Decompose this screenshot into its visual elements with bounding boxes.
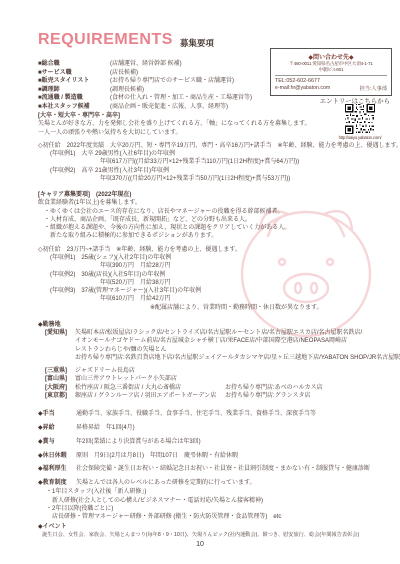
position-row: ■総合職 (店舗運営、経営幹部 候補) — [38, 60, 252, 69]
workplace-region: [東京都] 銀座店 / グランルーフ店 / 羽田エアポートガーデン店 お持ち帰り… — [38, 392, 390, 400]
region-label: [三重県] — [38, 367, 75, 375]
example-line1: 大卒 29歳男性(入社6年目)の年収例 — [81, 150, 175, 158]
events-label: ◆イベント — [38, 523, 390, 531]
position-name: ■本社スタッフ候補 — [38, 103, 110, 112]
position-name: ■流通職 / 製造職 — [38, 94, 110, 103]
training-line: ・2年目以降(役職ごとに) — [46, 505, 390, 513]
example-label: (年収例3) — [50, 287, 75, 295]
position-list: ■総合職 (店舗運営、経営幹部 候補) ■サービス職 (店長候補) ■販売スタイ… — [38, 60, 252, 111]
career-bullet: ・人材育成、商品企画、「既存成長、新規開拓」など、どの分野も出来る人。 — [38, 216, 390, 224]
career-header: [キャリア募集要項] (2022年現在) — [38, 191, 390, 199]
benefit-row-raise: ◆昇給 昇格昇給 年1回(4月) — [38, 424, 390, 432]
position-name: ■総合職 — [38, 60, 110, 69]
page-title: REQUIREMENTS — [38, 32, 173, 48]
workplace-region: [大阪府] 松竹座店 / 阪急三番街店 / 大丸心斎橋店 お持ち帰り専門店:あべ… — [38, 384, 390, 392]
main-content: [大卒・短大卒・専門卒・高卒] 矢場とんが好きな方、力を発揮し会社を盛り上げてく… — [38, 112, 390, 539]
page-subtitle: 募集要項 — [180, 38, 214, 48]
salary-example: (年収例2) 高卒 21歳男性(入社3年目)年収例 — [38, 167, 390, 175]
region-label: [愛知県] — [38, 329, 75, 362]
contact-address-line2: 中劇ビル601 — [275, 67, 387, 73]
region-label: [東京都] — [38, 392, 75, 400]
position-desc: (食材の仕入れ・管理・加工・商品生産・工場運営等) — [110, 94, 252, 103]
example-line1: 25歳(シェフ)(入社2年目)の年収例 — [81, 254, 171, 262]
new-grad-intro2: 一人一人の頑張りや熱い気持ちを大切にしています。 — [38, 129, 390, 137]
example-label: (年収例2) — [50, 167, 75, 175]
example-line2: 年収370万((月給20万円×12+残業手当50万円(1日2H程度)+賞与53万… — [38, 175, 390, 183]
contact-header: ◆問い合わせ先◆ — [275, 52, 387, 61]
example-line2: 年収610万円 月給42万円 — [38, 295, 390, 303]
region-label: [大阪府] — [38, 384, 75, 392]
store-line: お持ち帰り専門店:名鉄百貨店地下店/名古屋駅ジェイアールタカシマヤ店/星ヶ丘三越… — [75, 354, 400, 362]
page-number: 10 — [0, 541, 400, 548]
store-line: 矢場町本店/松坂屋店/ラシック店/セントライズ店/名古屋駅ルーセント店/名古屋駅… — [75, 329, 400, 337]
store-line: ジャズドリーム長島店 — [75, 367, 225, 375]
workplace-region: [三重県] ジャズドリーム長島店 — [38, 367, 390, 375]
benefit-label: ◆手当 — [38, 410, 76, 418]
position-desc: (調理長候補) — [110, 86, 144, 95]
benefit-label: ◆昇給 — [38, 424, 76, 432]
position-row: ■サービス職 (店長候補) — [38, 69, 252, 78]
takeout-note: お持ち帰り専門店:あべのハルカス店 — [225, 384, 323, 392]
career-salary: ◇初任給 23万円~+諸手当 ※年齢、経験、能力を考慮の上、優遇します。 — [38, 246, 390, 254]
example-line2: 年収617万円((月給33万円×12+残業手当110万円(1日2H程度)+賞与6… — [38, 158, 390, 166]
career-intro: 飲食業経験者(1年以上)を募集します。 — [38, 199, 390, 207]
new-grad-salary: ◇初任給 2022年度実績 大卒20万円、短・専門卒19万円、専門・高卒16万円… — [38, 142, 390, 150]
example-line2: 年収390万円 月給28万円 — [38, 262, 390, 270]
position-row: ■調理師 (調理長候補) — [38, 86, 252, 95]
benefit-text: 昇格昇給 年1回(4月) — [76, 424, 135, 432]
benefit-label: ◆休日休暇 — [38, 452, 76, 460]
page-header: REQUIREMENTS 募集要項 — [38, 32, 214, 48]
store-line: 富山三井アウトレットパーク小矢部店 — [75, 375, 225, 383]
workplace-header: ◆勤務地 — [38, 321, 390, 329]
example-line2: 年収520万円 月給38万円 — [38, 279, 390, 287]
example-line1: 高卒 21歳男性(入社3年目)年収例 — [81, 167, 169, 175]
training-line: 店長研修・管理マネージャー研修・外部研修 (衛生・防火防災管理・食品管理等) e… — [46, 513, 390, 521]
example-label: (年収例1) — [50, 254, 75, 262]
benefit-row-allowance: ◆手当 通勤手当、家族手当、役職手当、食事手当、住宅手当、残業手当、資格手当、深… — [38, 410, 390, 418]
position-row: ■本社スタッフ候補 (商品企画・販売促進・広報、人事、経理等) — [38, 103, 252, 112]
training-line: ・1年目スタッフ(入社後「新人研修」) — [46, 488, 390, 496]
career-bullet: ・ゆくゆくは会社のエース的存在になり、店長やマネージャーの役職を得る幹部候補者。 — [38, 208, 390, 216]
store-line: 銀座店 / グランルーフ店 / 羽田エアポートガーデン店 — [75, 392, 225, 400]
region-label: [富山県] — [38, 375, 75, 383]
position-row: ■販売スタイリスト (お持ち帰り専門店でのサービス職・店舗運営) — [38, 77, 252, 86]
position-desc: (お持ち帰り専門店でのサービス職・店舗運営) — [110, 77, 234, 86]
store-line: イオンモールナゴヤドーム前店/名古屋城金シャチ横丁店/栄FACE店/中部国際空港… — [75, 337, 400, 345]
section-benefits: ◆手当 通勤手当、家族手当、役職手当、食事手当、住宅手当、残業手当、資格手当、深… — [38, 410, 390, 473]
contact-email: e-mail:hr@yabaton.com — [275, 85, 330, 92]
workplace-region: [富山県] 富山三井アウトレットパーク小矢部店 — [38, 375, 390, 383]
benefit-row-welfare: ◆福利厚生 社会保険完備・誕生日お祝い・結婚記念日お祝い・社員寮・社員割引制度・… — [38, 465, 390, 473]
section-events: ◆イベント 誕生日会、女性会、家族会、矢場とんまつり(毎年8・9・10日)、矢場… — [38, 523, 390, 538]
position-desc: (店長候補) — [110, 69, 138, 78]
benefit-label: ◆福利厚生 — [38, 465, 76, 473]
salary-example: (年収例3) 37歳(管理マネージャー)(入社3年目)の年収例 — [38, 287, 390, 295]
contact-lower: TEL:052-602-6677 e-mail:hr@yabaton.com 担… — [275, 75, 387, 92]
salary-example: (年収例1) 25歳(シェフ)(入社2年目)の年収例 — [38, 254, 390, 262]
section-workplace: ◆勤務地 [愛知県] 矢場町本店/松坂屋店/ラシック店/セントライズ店/名古屋駅… — [38, 321, 390, 400]
example-line1: 37歳(管理マネージャー)(入社3年目)の年収例 — [81, 287, 201, 295]
position-name: ■調理師 — [38, 86, 110, 95]
events-text: 誕生日会、女性会、家族会、矢場とんまつり(毎年8・9・10日)、矢場りんピック(… — [38, 532, 390, 539]
benefit-text: 原則 月9日(2月は月8日) 年間107日 慶弔休暇・有給休暇 — [76, 452, 238, 460]
benefit-row-holidays: ◆休日休暇 原則 月9日(2月は月8日) 年間107日 慶弔休暇・有給休暇 — [38, 452, 390, 460]
training-text: 矢場とんでは各人のレベルにあった研修を定期的に行っています。 — [76, 479, 255, 487]
salary-example: (年収例1) 大卒 29歳男性(入社6年目)の年収例 — [38, 150, 390, 158]
position-desc: (商品企画・販売促進・広報、人事、経理等) — [110, 103, 228, 112]
store-line: 松竹座店 / 阪急三番街店 / 大丸心斎橋店 — [75, 384, 225, 392]
contact-staff: 担当:人事部 — [360, 85, 387, 92]
career-bullet: ・組織が抱える課題や、今後の方向性に加え、現状との課題をクリアしていく力がある人… — [38, 224, 390, 232]
section-training: ◆教育制度 矢場とんでは各人のレベルにあった研修を定期的に行っています。 ・1年… — [38, 479, 390, 521]
section-career: [キャリア募集要項] (2022年現在) 飲食業経験者(1年以上)を募集します。… — [38, 191, 390, 312]
takeout-note: お持ち帰り専門店:グランスタ店 — [225, 392, 311, 400]
benefit-text: 通勤手当、家族手当、役職手当、食事手当、住宅手当、残業手当、資格手当、深夜手当等 — [76, 410, 316, 418]
career-note: ※配属店舗により、営業時間・勤務時間・休日数が異なります。 — [38, 304, 390, 312]
position-name: ■販売スタイリスト — [38, 77, 110, 86]
example-label: (年収例1) — [50, 150, 75, 158]
position-name: ■サービス職 — [38, 69, 110, 78]
salary-example: (年収例2) 30歳(店長)(入社5年目)の年収例 — [38, 271, 390, 279]
new-grad-intro1: 矢場とんが好きな方、力を発揮し会社を盛り上げてくれる方、「軸」になってくれる方を… — [38, 120, 390, 128]
new-grad-header: [大卒・短大卒・専門卒・高卒] — [38, 112, 390, 120]
benefit-row-bonus: ◆賞与 年2回(業績により決算賞与がある場合は年3回) — [38, 438, 390, 446]
benefit-text: 年2回(業績により決算賞与がある場合は年3回) — [76, 438, 201, 446]
store-line: レストランわらじや/麺の矢場とん — [75, 346, 400, 354]
training-line: 新人研修(社会人としての心構え/ビジネスマナー・電話対応/矢場とん接客精神) — [46, 497, 390, 505]
document-page: REQUIREMENTS 募集要項 ■総合職 (店舗運営、経営幹部 候補) ■サ… — [0, 0, 400, 564]
position-row: ■流通職 / 製造職 (食材の仕入れ・管理・加工・商品生産・工場運営等) — [38, 94, 252, 103]
workplace-region-aichi: [愛知県] 矢場町本店/松坂屋店/ラシック店/セントライズ店/名古屋駅ルーセント… — [38, 329, 390, 362]
benefit-label: ◆賞与 — [38, 438, 76, 446]
example-label: (年収例2) — [50, 271, 75, 279]
contact-box: ◆問い合わせ先◆ 〒460-0011 愛知県名古屋市中区大須4-1-71 中劇ビ… — [270, 48, 392, 96]
training-label: ◆教育制度 — [38, 479, 76, 487]
section-new-grad: [大卒・短大卒・専門卒・高卒] 矢場とんが好きな方、力を発揮し会社を盛り上げてく… — [38, 112, 390, 183]
example-line1: 30歳(店長)(入社5年目)の年収例 — [81, 271, 165, 279]
contact-tel: TEL:052-602-6677 — [275, 78, 387, 84]
position-desc: (店舗運営、経営幹部 候補) — [110, 60, 182, 69]
career-bullet: 新たな取り組みに積極的に参加できるポジションがあります。 — [38, 232, 390, 240]
benefit-text: 社会保険完備・誕生日お祝い・結婚記念日お祝い・社員寮・社員割引制度・まかない有・… — [76, 465, 370, 473]
